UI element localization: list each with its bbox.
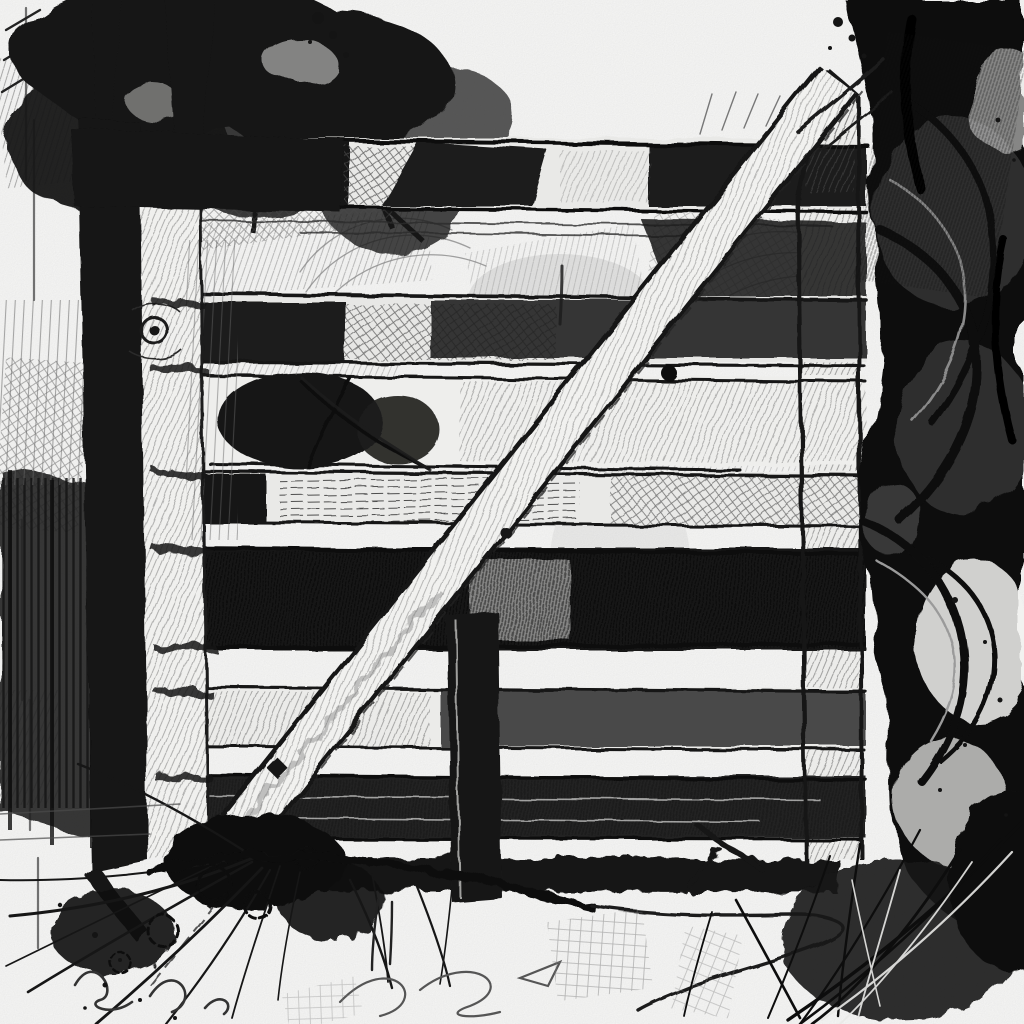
grid-hatch-patch: [547, 909, 653, 1002]
gate-rail-5: [184, 548, 866, 650]
gate-stile-middle: [446, 612, 502, 902]
canvas-stage: Pencil sketch — wooden farm gate: [0, 0, 1024, 1024]
artwork: Pencil sketch — wooden farm gate: [0, 0, 1024, 1024]
gate-rail-6: [150, 687, 866, 750]
gate-rail-2: [148, 293, 866, 366]
sketch-drawing: Pencil sketch — wooden farm gate: [0, 0, 1024, 1024]
